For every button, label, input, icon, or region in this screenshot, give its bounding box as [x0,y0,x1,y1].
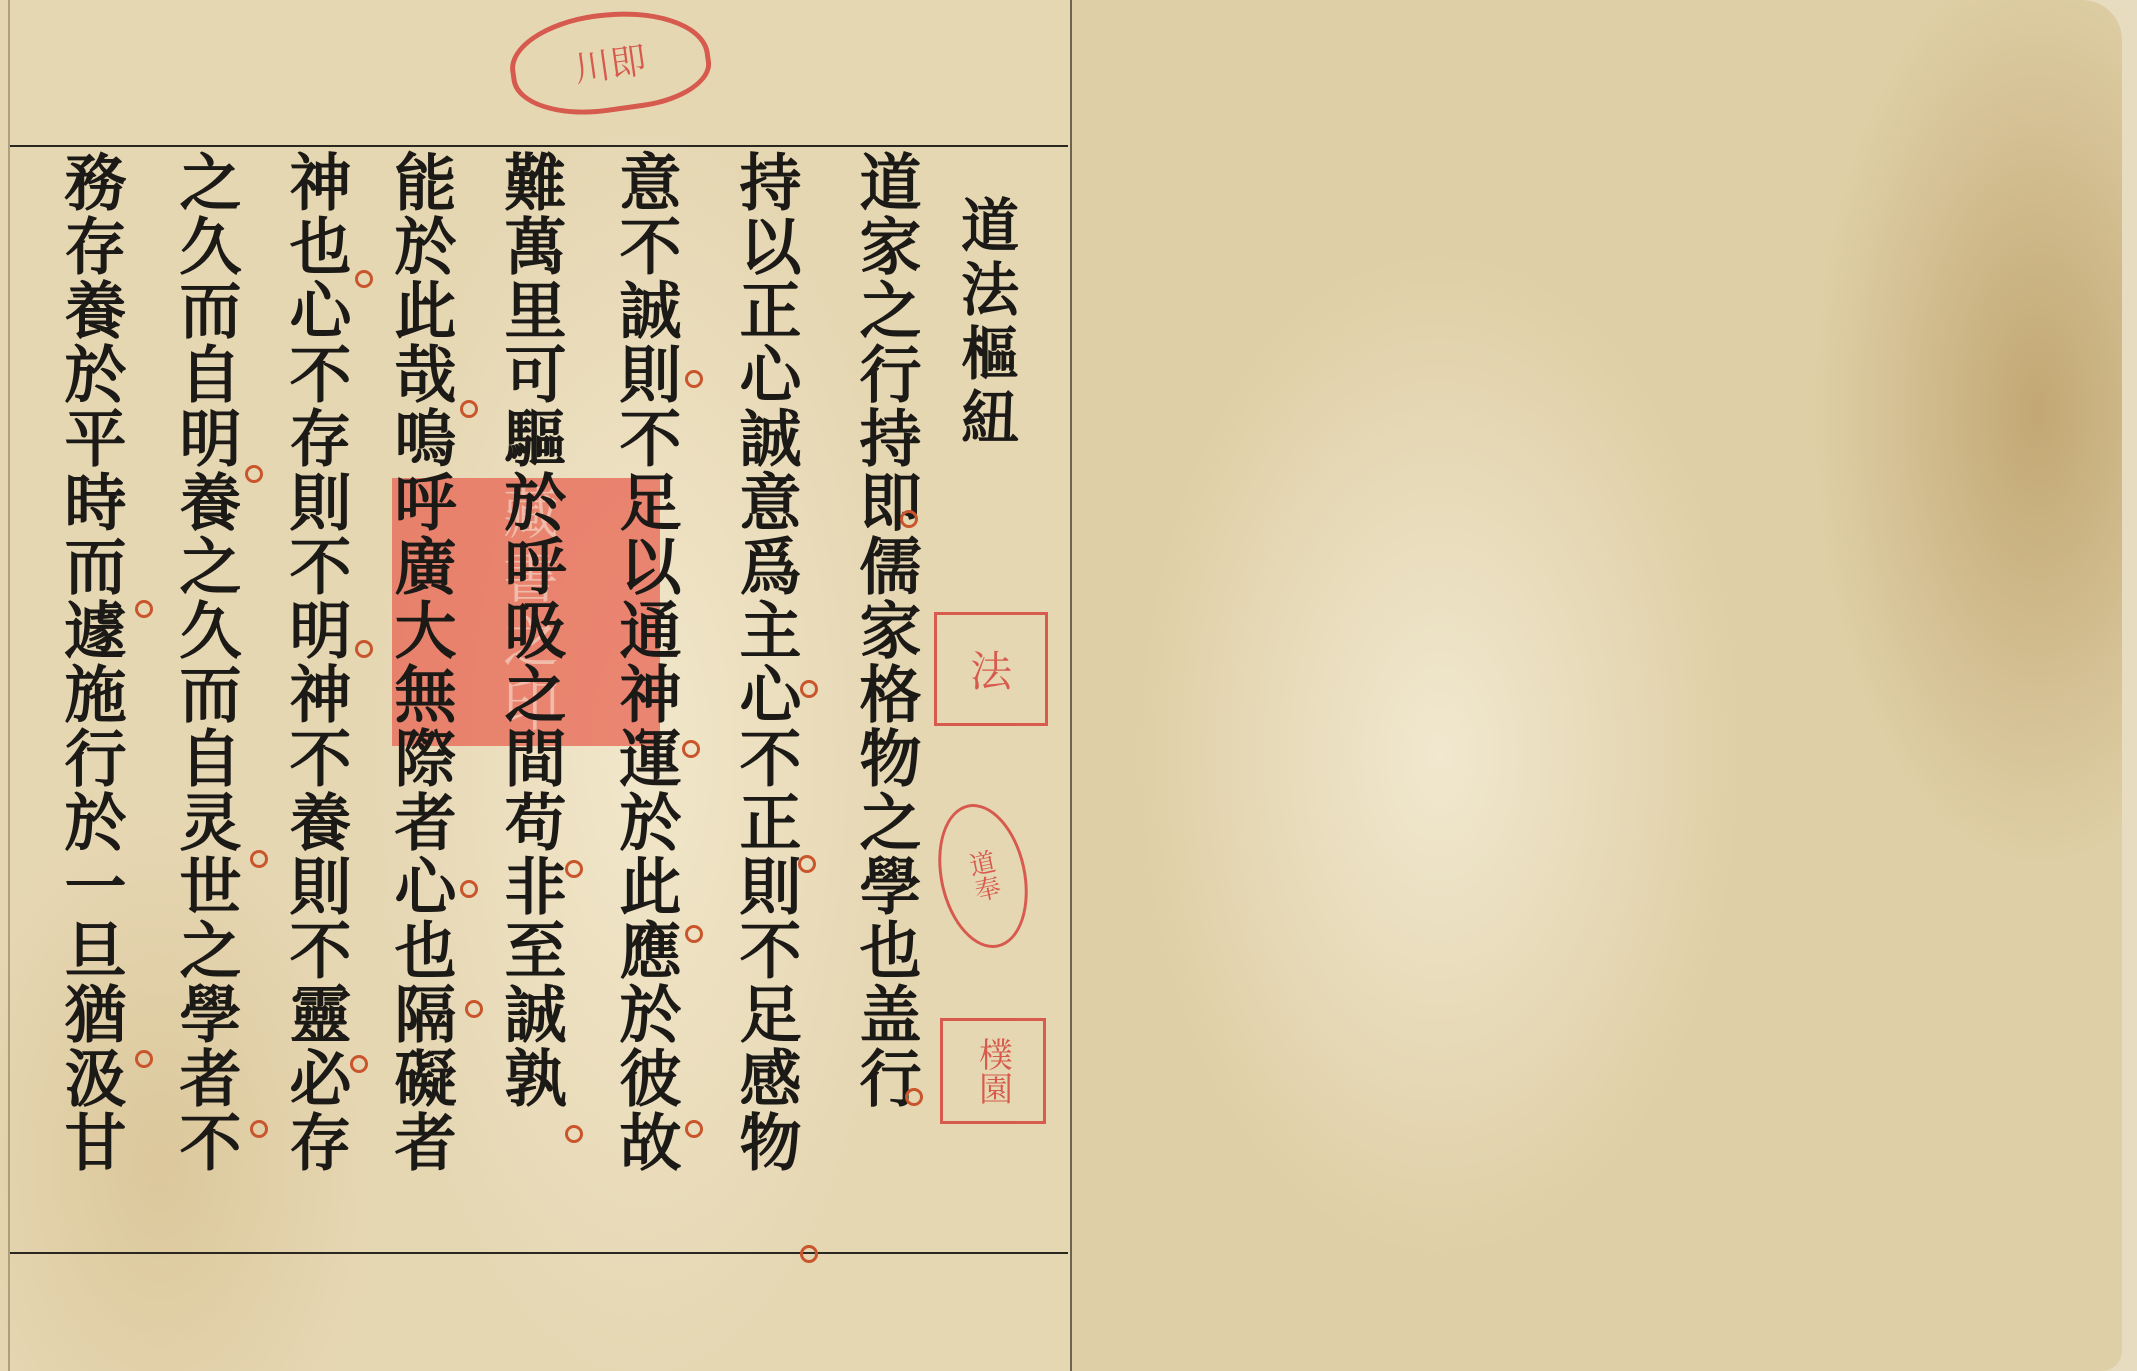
punctuation-mark [685,370,703,388]
punctuation-mark [460,400,478,418]
text-column-2: 持以正心誠意爲主心不正則不足感物 [710,150,820,1250]
punctuation-mark [250,1120,268,1138]
punctuation-mark [800,1245,818,1263]
punctuation-mark [900,510,918,528]
punctuation-mark [800,680,818,698]
right-page-blank: 印 [1072,0,2122,1371]
text-column-6: 神也心不存則不明神不養則不靈必存 [260,150,370,1250]
punctuation-mark [460,880,478,898]
top-border-rule [10,145,1068,147]
punctuation-mark [685,1120,703,1138]
punctuation-mark [798,855,816,873]
punctuation-mark [905,1088,923,1106]
text-column-1: 道家之行持即儒家格物之學也盖行 [830,150,940,1250]
text-body: 道家之行持即儒家格物之學也盖行 持以正心誠意爲主心不正則不足感物 意不誠則不足以… [20,150,1060,1250]
page-edge [8,0,10,1371]
text-column-7: 之久而自明養之久而自灵世之學者不 [150,150,260,1250]
punctuation-mark [465,1000,483,1018]
punctuation-mark [355,270,373,288]
punctuation-mark [350,1055,368,1073]
book-spread: 川即 道法樞紐 法 道奉 樸園 藏書之印 道家之行持即儒家格物之學也盖行 持以正… [0,0,2137,1371]
punctuation-mark [682,740,700,758]
punctuation-mark [685,925,703,943]
text-column-5: 能於此哉嗚呼廣大無際者心也隔礙者 [365,150,475,1250]
punctuation-mark [245,465,263,483]
punctuation-mark [135,1050,153,1068]
gourd-seal: 川即 [504,0,716,125]
punctuation-mark [565,860,583,878]
punctuation-mark [565,1125,583,1143]
text-column-3: 意不誠則不足以通神運於此應於彼故 [590,150,700,1250]
text-column-8: 務存養於平時而遽施行於一旦猶汲甘 [35,150,145,1250]
punctuation-mark [135,600,153,618]
punctuation-mark [250,850,268,868]
left-page: 川即 道法樞紐 法 道奉 樸園 藏書之印 道家之行持即儒家格物之學也盖行 持以正… [0,0,1072,1371]
punctuation-mark [355,640,373,658]
text-column-4: 難萬里可驅於呼吸之間苟非至誠孰 [475,150,585,1250]
bottom-border-rule [10,1252,1068,1254]
